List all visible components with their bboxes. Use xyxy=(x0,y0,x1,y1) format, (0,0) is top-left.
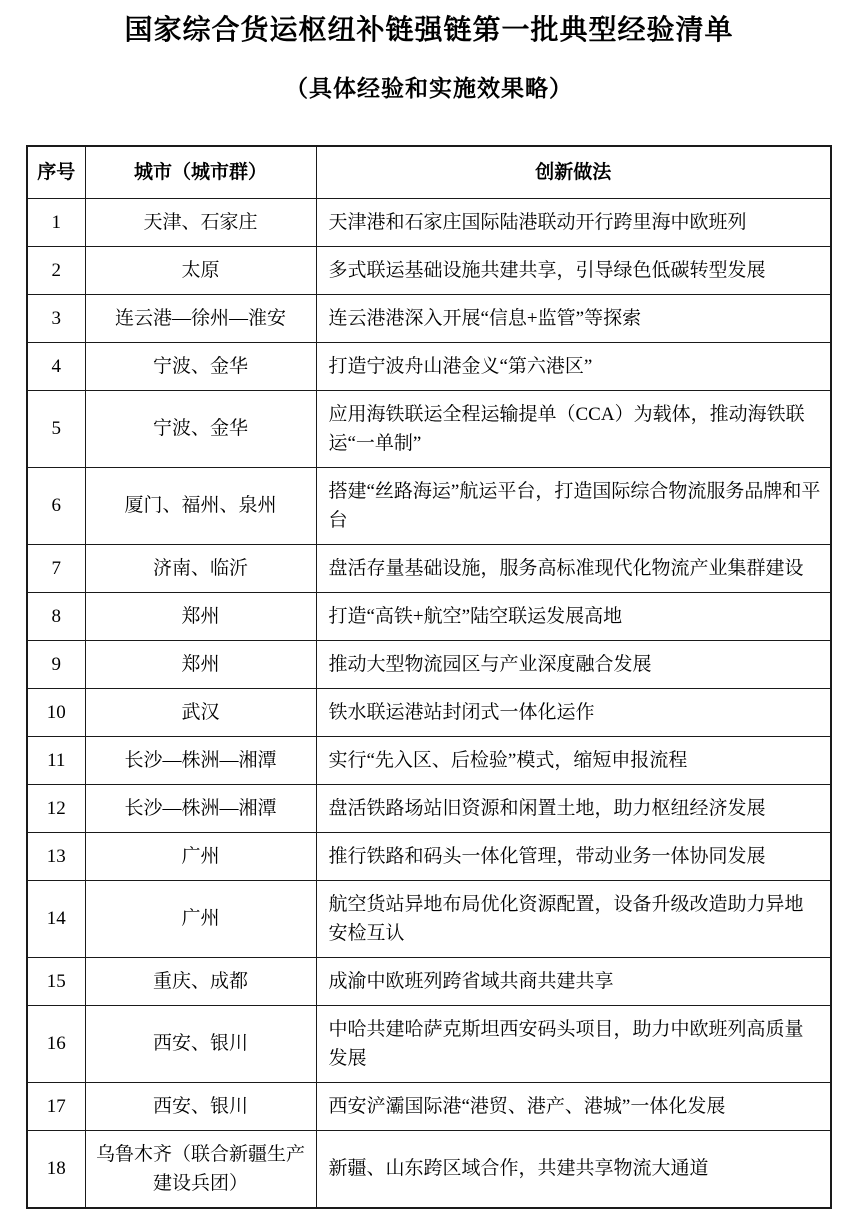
row-number-cell: 4 xyxy=(27,342,85,390)
practice-cell: 应用海铁联运全程运输提单（CCA）为载体，推动海铁联运“一单制” xyxy=(316,390,831,467)
row-number-cell: 7 xyxy=(27,544,85,592)
city-cell: 济南、临沂 xyxy=(85,544,316,592)
table-row: 10 武汉 铁水联运港站封闭式一体化运作 xyxy=(27,688,831,736)
city-cell: 郑州 xyxy=(85,640,316,688)
header-practice: 创新做法 xyxy=(316,146,831,199)
practice-cell: 西安浐灞国际港“港贸、港产、港城”一体化发展 xyxy=(316,1082,831,1130)
practice-cell: 盘活存量基础设施，服务高标准现代化物流产业集群建设 xyxy=(316,544,831,592)
table-row: 14 广州 航空货站异地布局优化资源配置，设备升级改造助力异地安检互认 xyxy=(27,880,831,957)
city-cell: 天津、石家庄 xyxy=(85,198,316,246)
row-number-cell: 6 xyxy=(27,467,85,544)
experience-table: 序号 城市（城市群） 创新做法 1 天津、石家庄 天津港和石家庄国际陆港联动开行… xyxy=(26,145,832,1209)
city-cell: 西安、银川 xyxy=(85,1005,316,1082)
table-row: 3 连云港—徐州—淮安 连云港港深入开展“信息+监管”等探索 xyxy=(27,294,831,342)
row-number-cell: 13 xyxy=(27,832,85,880)
row-number-cell: 18 xyxy=(27,1130,85,1208)
row-number-cell: 5 xyxy=(27,390,85,467)
practice-cell: 推行铁路和码头一体化管理，带动业务一体协同发展 xyxy=(316,832,831,880)
city-cell: 宁波、金华 xyxy=(85,390,316,467)
table-row: 5 宁波、金华 应用海铁联运全程运输提单（CCA）为载体，推动海铁联运“一单制” xyxy=(27,390,831,467)
practice-cell: 搭建“丝路海运”航运平台，打造国际综合物流服务品牌和平台 xyxy=(316,467,831,544)
practice-cell: 多式联运基础设施共建共享，引导绿色低碳转型发展 xyxy=(316,246,831,294)
row-number-cell: 15 xyxy=(27,957,85,1005)
table-row: 7 济南、临沂 盘活存量基础设施，服务高标准现代化物流产业集群建设 xyxy=(27,544,831,592)
practice-cell: 新疆、山东跨区域合作，共建共享物流大通道 xyxy=(316,1130,831,1208)
practice-cell: 铁水联运港站封闭式一体化运作 xyxy=(316,688,831,736)
city-cell: 西安、银川 xyxy=(85,1082,316,1130)
row-number-cell: 11 xyxy=(27,736,85,784)
practice-cell: 打造“高铁+航空”陆空联运发展高地 xyxy=(316,592,831,640)
table-header-row: 序号 城市（城市群） 创新做法 xyxy=(27,146,831,199)
table-row: 2 太原 多式联运基础设施共建共享，引导绿色低碳转型发展 xyxy=(27,246,831,294)
table-row: 11 长沙—株洲—湘潭 实行“先入区、后检验”模式，缩短申报流程 xyxy=(27,736,831,784)
table-row: 6 厦门、福州、泉州 搭建“丝路海运”航运平台，打造国际综合物流服务品牌和平台 xyxy=(27,467,831,544)
city-cell: 郑州 xyxy=(85,592,316,640)
city-cell: 广州 xyxy=(85,832,316,880)
practice-cell: 成渝中欧班列跨省域共商共建共享 xyxy=(316,957,831,1005)
row-number-cell: 10 xyxy=(27,688,85,736)
table-row: 8 郑州 打造“高铁+航空”陆空联运发展高地 xyxy=(27,592,831,640)
table-row: 9 郑州 推动大型物流园区与产业深度融合发展 xyxy=(27,640,831,688)
table-row: 4 宁波、金华 打造宁波舟山港金义“第六港区” xyxy=(27,342,831,390)
row-number-cell: 12 xyxy=(27,784,85,832)
city-cell: 乌鲁木齐（联合新疆生产建设兵团） xyxy=(85,1130,316,1208)
city-cell: 长沙—株洲—湘潭 xyxy=(85,736,316,784)
table-row: 16 西安、银川 中哈共建哈萨克斯坦西安码头项目，助力中欧班列高质量发展 xyxy=(27,1005,831,1082)
practice-cell: 天津港和石家庄国际陆港联动开行跨里海中欧班列 xyxy=(316,198,831,246)
city-cell: 长沙—株洲—湘潭 xyxy=(85,784,316,832)
header-city: 城市（城市群） xyxy=(85,146,316,199)
row-number-cell: 16 xyxy=(27,1005,85,1082)
practice-cell: 盘活铁路场站旧资源和闲置土地，助力枢纽经济发展 xyxy=(316,784,831,832)
city-cell: 广州 xyxy=(85,880,316,957)
practice-cell: 中哈共建哈萨克斯坦西安码头项目，助力中欧班列高质量发展 xyxy=(316,1005,831,1082)
city-cell: 太原 xyxy=(85,246,316,294)
city-cell: 厦门、福州、泉州 xyxy=(85,467,316,544)
row-number-cell: 14 xyxy=(27,880,85,957)
header-no: 序号 xyxy=(27,146,85,199)
table-row: 18 乌鲁木齐（联合新疆生产建设兵团） 新疆、山东跨区域合作，共建共享物流大通道 xyxy=(27,1130,831,1208)
table-row: 15 重庆、成都 成渝中欧班列跨省域共商共建共享 xyxy=(27,957,831,1005)
table-row: 13 广州 推行铁路和码头一体化管理，带动业务一体协同发展 xyxy=(27,832,831,880)
city-cell: 连云港—徐州—淮安 xyxy=(85,294,316,342)
row-number-cell: 9 xyxy=(27,640,85,688)
row-number-cell: 2 xyxy=(27,246,85,294)
table-row: 1 天津、石家庄 天津港和石家庄国际陆港联动开行跨里海中欧班列 xyxy=(27,198,831,246)
city-cell: 武汉 xyxy=(85,688,316,736)
practice-cell: 连云港港深入开展“信息+监管”等探索 xyxy=(316,294,831,342)
city-cell: 重庆、成都 xyxy=(85,957,316,1005)
document-page: 国家综合货运枢纽补链强链第一批典型经验清单 （具体经验和实施效果略） 序号 城市… xyxy=(0,0,858,1209)
table-row: 17 西安、银川 西安浐灞国际港“港贸、港产、港城”一体化发展 xyxy=(27,1082,831,1130)
practice-cell: 推动大型物流园区与产业深度融合发展 xyxy=(316,640,831,688)
row-number-cell: 17 xyxy=(27,1082,85,1130)
city-cell: 宁波、金华 xyxy=(85,342,316,390)
practice-cell: 实行“先入区、后检验”模式，缩短申报流程 xyxy=(316,736,831,784)
row-number-cell: 8 xyxy=(27,592,85,640)
table-row: 12 长沙—株洲—湘潭 盘活铁路场站旧资源和闲置土地，助力枢纽经济发展 xyxy=(27,784,831,832)
practice-cell: 航空货站异地布局优化资源配置，设备升级改造助力异地安检互认 xyxy=(316,880,831,957)
page-subtitle: （具体经验和实施效果略） xyxy=(0,70,858,103)
practice-cell: 打造宁波舟山港金义“第六港区” xyxy=(316,342,831,390)
row-number-cell: 1 xyxy=(27,198,85,246)
row-number-cell: 3 xyxy=(27,294,85,342)
page-title: 国家综合货运枢纽补链强链第一批典型经验清单 xyxy=(0,14,858,48)
